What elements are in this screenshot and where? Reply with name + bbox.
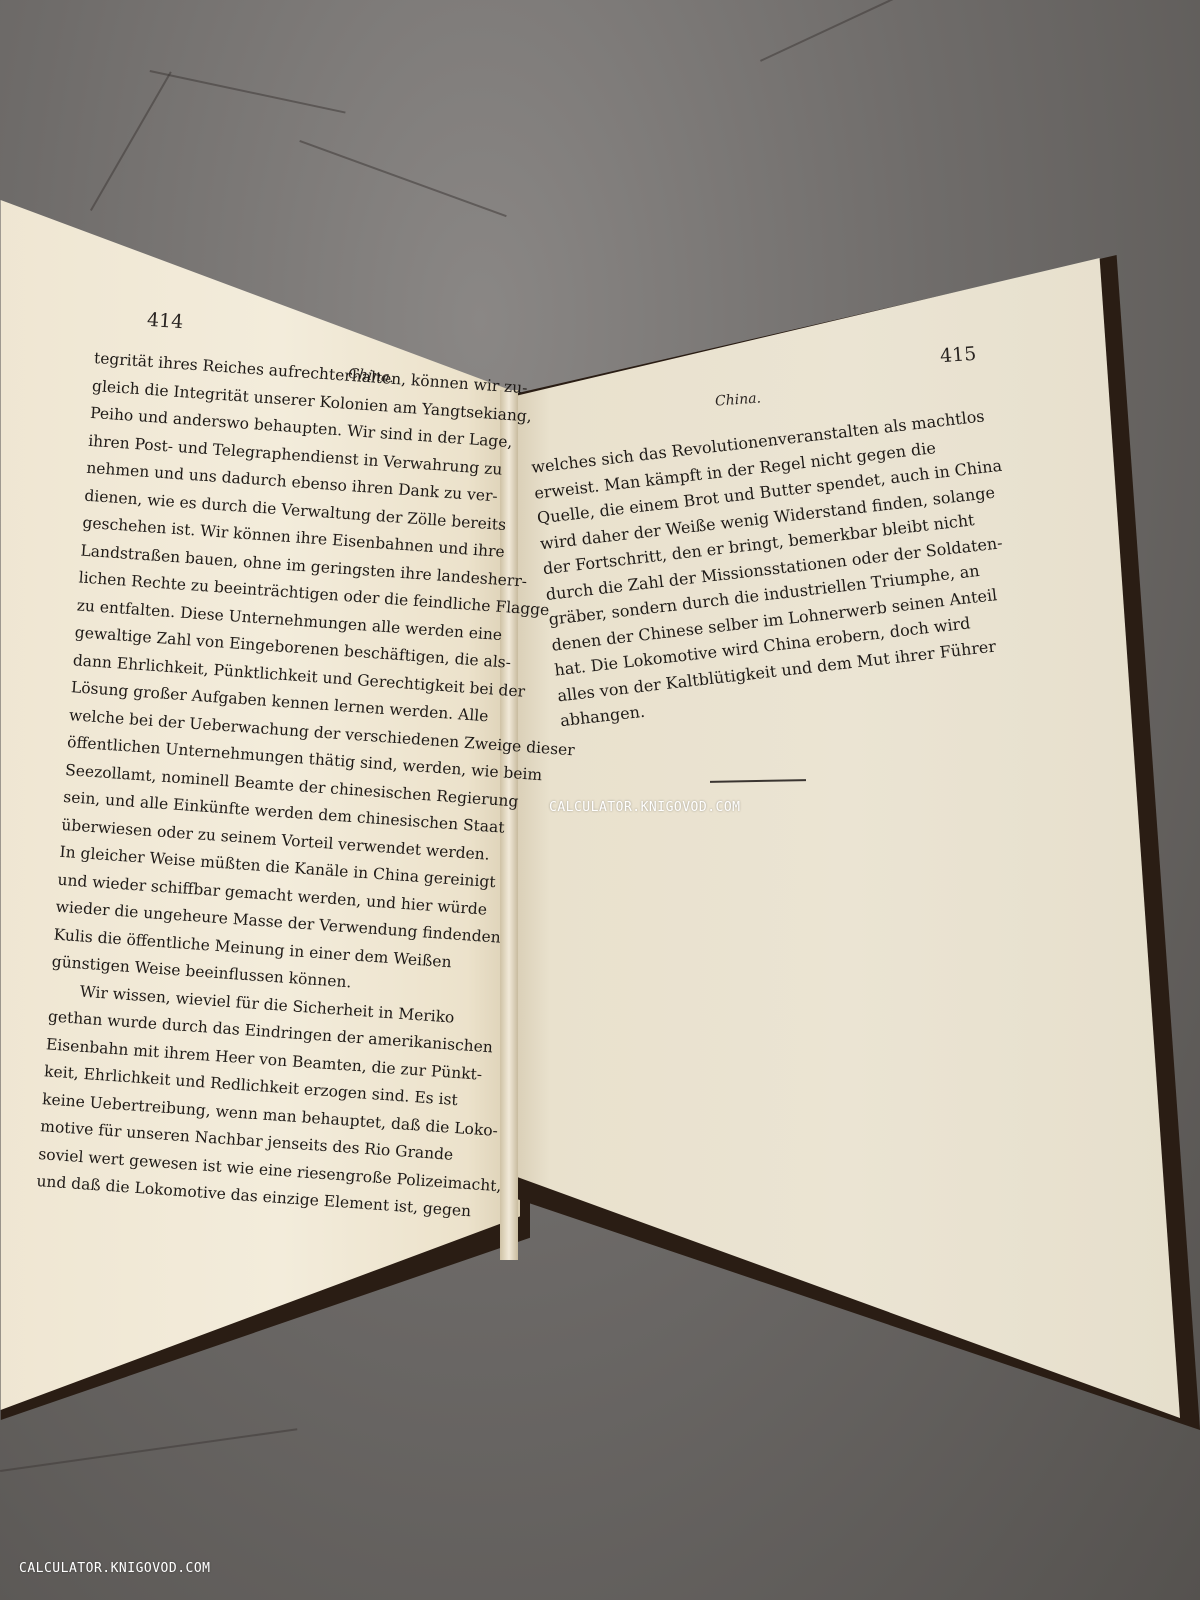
watermark-center: CALCULATOR.KNIGOVOD.COM	[549, 800, 741, 815]
watermark-bottom-left: CALCULATOR.KNIGOVOD.COM	[19, 1561, 211, 1576]
left-page-text: tegrität ihres Reiches aufrechterhalten,…	[36, 345, 494, 1223]
page-number-left: 414	[146, 309, 184, 333]
right-page-text: welches sich das Revolutionenveranstalte…	[530, 404, 1009, 734]
running-head-right: China.	[714, 390, 761, 409]
page-number-right: 415	[939, 343, 977, 367]
